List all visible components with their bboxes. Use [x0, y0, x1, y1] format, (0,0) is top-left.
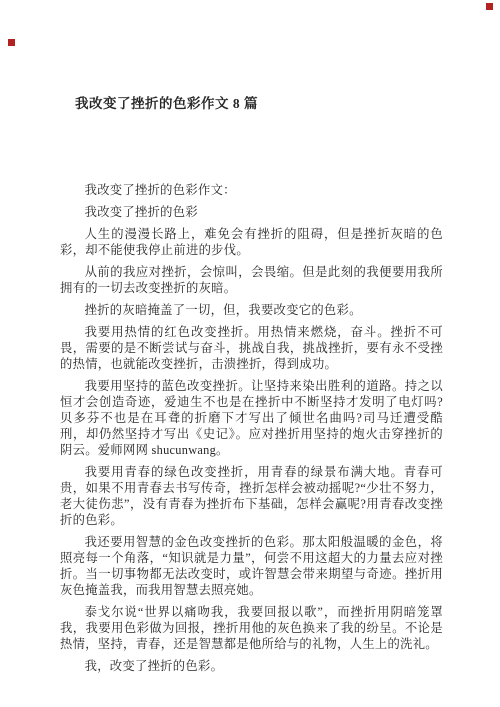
paragraph: 我还要用智慧的金色改变挫折的色彩。那太阳般温暖的金色，将照亮每一个角落，“知识就…	[60, 534, 443, 598]
paragraph: 我，改变了挫折的色彩。	[60, 658, 443, 674]
paragraph: 我要用青春的绿色改变挫折，用青春的绿景布满大地。青春可贵，如果不用青春去书写传奇…	[60, 464, 443, 528]
paragraph: 挫折的灰暗掩盖了一切，但，我要改变它的色彩。	[60, 302, 443, 318]
page-title: 我改变了挫折的色彩作文 8 篇	[75, 95, 443, 112]
paragraph: 我改变了挫折的色彩	[60, 204, 443, 220]
paragraph: 泰戈尔说“世界以痛吻我，我要回报以歌”，而挫折用阴暗笼罩我，我要用色彩做为回报，…	[60, 604, 443, 652]
paragraph: 人生的漫漫长路上，难免会有挫折的阻碍，但是挫折灰暗的色彩，却不能使我停止前进的步…	[60, 226, 443, 258]
paragraph: 我要用热情的红色改变挫折。用热情来燃烧，奋斗。挫折不可畏，需要的是不断尝试与奋斗…	[60, 324, 443, 372]
paragraph: 我改变了挫折的色彩作文：	[60, 182, 443, 198]
paragraph: 我要用坚持的蓝色改变挫折。让坚持来染出胜利的道路。持之以恒才会创造奇迹，爱迪生不…	[60, 378, 443, 458]
document-page: { "page": { "title": "我改变了挫折的色彩作文 8 篇", …	[0, 0, 500, 707]
essay-document: 我改变了挫折的色彩作文 8 篇 我改变了挫折的色彩作文： 我改变了挫折的色彩 人…	[0, 0, 500, 674]
essay-body: 我改变了挫折的色彩作文： 我改变了挫折的色彩 人生的漫漫长路上，难免会有挫折的阻…	[60, 182, 443, 674]
paragraph: 从前的我应对挫折，会惊叫，会畏缩。但是此刻的我便要用我所拥有的一切去改变挫折的灰…	[60, 264, 443, 296]
